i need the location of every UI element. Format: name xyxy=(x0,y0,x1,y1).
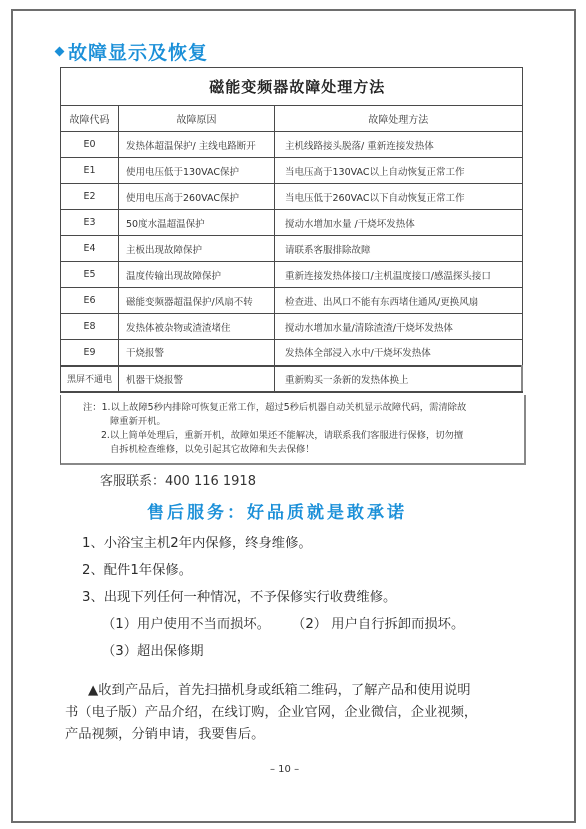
fault-code: E4 xyxy=(61,236,119,262)
fault-method: 主机线路接头脱落/ 重新连接发热体 xyxy=(275,132,523,158)
intro-line: 书（电子版）产品介绍，在线订购，企业官网，企业微信，企业视频， xyxy=(65,702,525,724)
table-row: E3 50度水温超温保护 搅动水增加水量 /干烧坏发热体 xyxy=(61,210,523,236)
fault-method: 当电压高于130VAC以上自动恢复正常工作 xyxy=(275,158,523,184)
fault-cause: 机器干烧报警 xyxy=(119,366,275,392)
fault-cause: 使用电压高于260VAC保护 xyxy=(119,184,275,210)
note-line: 障重新开机。 xyxy=(83,415,516,429)
note-line: 2.以上简单处理后，重新开机，故障如果还不能解决，请联系我们客服进行保修，切勿擅 xyxy=(83,429,516,443)
fault-method: 重新连接发热体接口/主机温度接口/感温探头接口 xyxy=(275,262,523,288)
intro-line: ▲收到产品后，首先扫描机身或纸箱二维码，了解产品和使用说明 xyxy=(65,680,525,702)
fault-cause: 干烧报警 xyxy=(119,340,275,366)
fault-code: E1 xyxy=(61,158,119,184)
fault-cause: 磁能变频器超温保护/风扇不转 xyxy=(119,288,275,314)
fault-code: E0 xyxy=(61,132,119,158)
warranty-item: 1、小浴宝主机2年内保修，终身维修。 xyxy=(82,535,464,562)
fault-cause: 发热体超温保护/ 主线电路断开 xyxy=(119,132,275,158)
diamond-bullet-icon xyxy=(55,47,65,57)
fault-code: E9 xyxy=(61,340,119,366)
fault-code: E5 xyxy=(61,262,119,288)
fault-cause: 使用电压低于130VAC保护 xyxy=(119,158,275,184)
note-box: 注：1.以上故障5秒内排除可恢复正常工作，超过5秒后机器自动关机显示故障代码，需… xyxy=(60,395,526,465)
fault-cause: 50度水温超温保护 xyxy=(119,210,275,236)
fault-method: 重新购买一条新的发热体换上 xyxy=(275,366,523,392)
table-row: E0 发热体超温保护/ 主线电路断开 主机线路接头脱落/ 重新连接发热体 xyxy=(61,132,523,158)
warranty-subitem: （3）超出保修期 xyxy=(82,643,464,670)
fault-cause: 主板出现故障保护 xyxy=(119,236,275,262)
fault-method: 搅动水增加水量 /干烧坏发热体 xyxy=(275,210,523,236)
header-method: 故障处理方法 xyxy=(275,106,523,132)
warranty-subitem: （2） 用户自行拆卸而损坏。 xyxy=(292,617,464,632)
after-sales-slogan: 售后服务：好品质就是敢承诺 xyxy=(147,498,407,523)
warranty-list: 1、小浴宝主机2年内保修，终身维修。 2、配件1年保修。 3、出现下列任何一种情… xyxy=(82,535,464,670)
fault-code: E3 xyxy=(61,210,119,236)
header-cause: 故障原因 xyxy=(119,106,275,132)
warranty-item: 3、出现下列任何一种情况，不予保修实行收费维修。 xyxy=(82,589,464,616)
table-row: E4 主板出现故障保护 请联系客服排除故障 xyxy=(61,236,523,262)
table-title: 磁能变频器故障处理方法 xyxy=(61,68,523,106)
fault-method: 请联系客服排除故障 xyxy=(275,236,523,262)
fault-method: 搅动水增加水量/清除渣渣/干烧坏发热体 xyxy=(275,314,523,340)
fault-code: 黑屏不通电 xyxy=(61,366,119,392)
note-line: 自拆机检查维修，以免引起其它故障和失去保修！ xyxy=(83,443,516,457)
warranty-subitem: （1）用户使用不当而损坏。 xyxy=(102,617,270,632)
header-code: 故障代码 xyxy=(61,106,119,132)
section-title: 故障显示及恢复 xyxy=(56,38,208,65)
table-row: E1 使用电压低于130VAC保护 当电压高于130VAC以上自动恢复正常工作 xyxy=(61,158,523,184)
note-line: 注：1.以上故障5秒内排除可恢复正常工作，超过5秒后机器自动关机显示故障代码，需… xyxy=(83,401,516,415)
table-row: E8 发热体被杂物或渣渣堵住 搅动水增加水量/清除渣渣/干烧坏发热体 xyxy=(61,314,523,340)
fault-code: E2 xyxy=(61,184,119,210)
fault-method: 检查进、出风口不能有东西堵住通风/更换风扇 xyxy=(275,288,523,314)
fault-method: 发热体全部浸入水中/干烧坏发热体 xyxy=(275,340,523,366)
table-row: E2 使用电压高于260VAC保护 当电压低于260VAC以下自动恢复正常工作 xyxy=(61,184,523,210)
fault-cause: 发热体被杂物或渣渣堵住 xyxy=(119,314,275,340)
fault-cause: 温度传输出现故障保护 xyxy=(119,262,275,288)
fault-code: E6 xyxy=(61,288,119,314)
fault-table: 磁能变频器故障处理方法 故障代码 故障原因 故障处理方法 E0 发热体超温保护/… xyxy=(60,67,523,393)
page-number: – 10 – xyxy=(270,764,299,775)
table-row: E5 温度传输出现故障保护 重新连接发热体接口/主机温度接口/感温探头接口 xyxy=(61,262,523,288)
fault-method: 当电压低于260VAC以下自动恢复正常工作 xyxy=(275,184,523,210)
warranty-subitems: （1）用户使用不当而损坏。（2） 用户自行拆卸而损坏。 xyxy=(82,616,464,643)
table-header-row: 故障代码 故障原因 故障处理方法 xyxy=(61,106,523,132)
customer-service-contact: 客服联系：400 116 1918 xyxy=(100,470,256,489)
table-row: E6 磁能变频器超温保护/风扇不转 检查进、出风口不能有东西堵住通风/更换风扇 xyxy=(61,288,523,314)
table-row: E9 干烧报警 发热体全部浸入水中/干烧坏发热体 xyxy=(61,340,523,366)
intro-line: 产品视频，分销申请，我要售后。 xyxy=(65,724,525,746)
warranty-item: 2、配件1年保修。 xyxy=(82,562,464,589)
section-title-text: 故障显示及恢复 xyxy=(68,38,208,65)
fault-code: E8 xyxy=(61,314,119,340)
table-row: 黑屏不通电 机器干烧报警 重新购买一条新的发热体换上 xyxy=(61,366,523,392)
intro-paragraph: ▲收到产品后，首先扫描机身或纸箱二维码，了解产品和使用说明 书（电子版）产品介绍… xyxy=(65,680,525,746)
